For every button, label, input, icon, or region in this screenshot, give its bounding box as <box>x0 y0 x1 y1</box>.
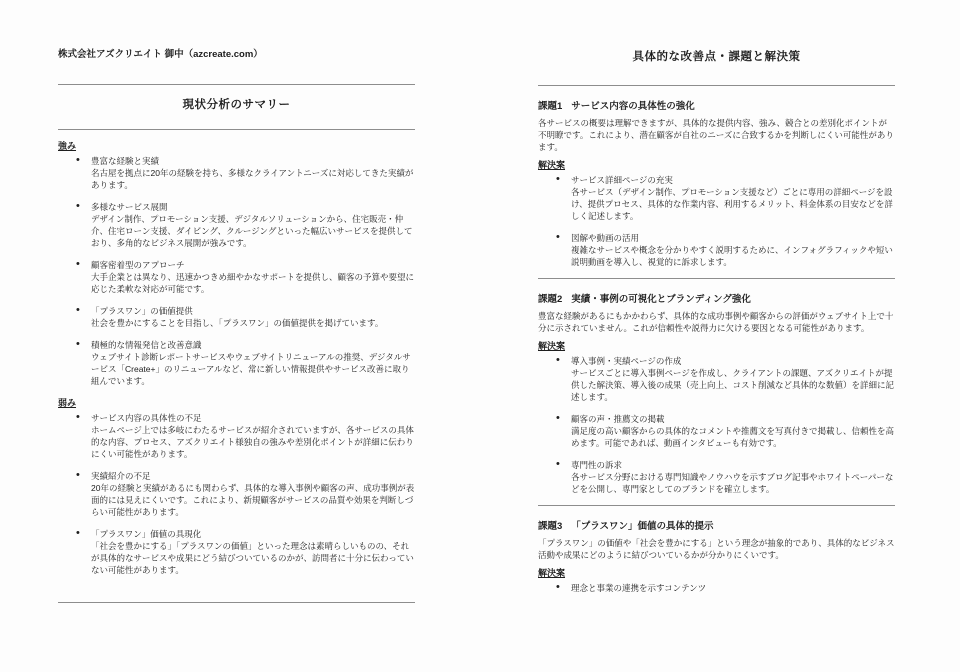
item-title: 理念と事業の連携を示すコンテンツ <box>571 582 895 594</box>
title-divider <box>538 85 895 86</box>
list-item: サービス内容の具体性の不足 ホームページ上では多岐にわたるサービスが紹介されてい… <box>58 412 415 460</box>
item-body: 各サービス分野における専門知識やノウハウを示すブログ記事やホワイトペーパーなどを… <box>571 471 895 495</box>
item-title: 顧客の声・推薦文の掲載 <box>571 413 895 425</box>
item-title: 多様なサービス展開 <box>91 201 415 213</box>
item-body: 社会を豊かにすることを目指し、「プラスワン」の価値提供を掲げています。 <box>91 317 415 329</box>
issue-title: 実績・事例の可視化とブランディング強化 <box>571 294 751 305</box>
item-title: サービス詳細ページの充実 <box>571 174 895 186</box>
item-body: 20年の経験と実績があるにも関わらず、具体的な導入事例や顧客の声、成功事例が表面… <box>91 482 415 518</box>
issue-1: 課題1サービス内容の具体性の強化 各サービスの概要は理解できますが、具体的な提供… <box>538 101 895 268</box>
item-title: 豊富な経験と実績 <box>91 155 415 167</box>
weaknesses-list: サービス内容の具体性の不足 ホームページ上では多岐にわたるサービスが紹介されてい… <box>58 412 415 576</box>
issue-divider <box>538 505 895 506</box>
item-title: 「プラスワン」価値の具現化 <box>91 528 415 540</box>
item-title: 積極的な情報発信と改善意識 <box>91 339 415 351</box>
issue-divider <box>538 278 895 279</box>
item-body: 満足度の高い顧客からの具体的なコメントや推薦文を写真付きで掲載し、信頼性を高めま… <box>571 425 895 449</box>
item-body: ウェブサイト診断レポートサービスやウェブサイトリニューアルの推奨、デジタルサービ… <box>91 351 415 387</box>
list-item: 専門性の訴求 各サービス分野における専門知識やノウハウを示すブログ記事やホワイト… <box>538 459 895 495</box>
header-divider <box>58 84 415 85</box>
list-item: 多様なサービス展開 デザイン制作、プロモーション支援、デジタルソリューションから… <box>58 201 415 249</box>
item-title: 導入事例・実績ページの作成 <box>571 355 895 367</box>
list-item: サービス詳細ページの充実 各サービス（デザイン制作、プロモーション支援など）ごと… <box>538 174 895 222</box>
item-body: デザイン制作、プロモーション支援、デジタルソリューションから、住宅販売・仲介、住… <box>91 213 415 249</box>
issue-description: 豊富な経験があるにもかかわらず、具体的な成功事例や顧客からの評価がウェブサイト上… <box>538 310 895 334</box>
list-item: 顧客の声・推薦文の掲載 満足度の高い顧客からの具体的なコメントや推薦文を写真付き… <box>538 413 895 449</box>
list-item: 顧客密着型のアプローチ 大手企業とは異なり、迅速かつきめ細やかなサポートを提供し… <box>58 259 415 295</box>
issue-heading: 課題3「プラスワン」価値の具体的提示 <box>538 521 895 532</box>
list-item: 豊富な経験と実績 名古屋を拠点に20年の経験を持ち、多様なクライアントニーズに対… <box>58 155 415 191</box>
item-title: 実績紹介の不足 <box>91 470 415 482</box>
issue-description: 各サービスの概要は理解できますが、具体的な提供内容、強み、競合との差別化ポイント… <box>538 117 895 153</box>
list-item: 図解や動画の活用 複雑なサービスや概念を分かりやすく説明するために、インフォグラ… <box>538 232 895 268</box>
title-divider <box>58 129 415 130</box>
section-label-weaknesses: 弱み <box>58 398 415 409</box>
company-header: 株式会社アズクリエイト 御中（azcreate.com） <box>58 48 415 61</box>
item-title: 顧客密着型のアプローチ <box>91 259 415 271</box>
issue-description: 「プラスワン」の価値や「社会を豊かにする」という理念が抽象的であり、具体的なビジ… <box>538 537 895 561</box>
issue-2: 課題2実績・事例の可視化とブランディング強化 豊富な経験があるにもかかわらず、具… <box>538 294 895 495</box>
issue-number: 課題2 <box>538 294 562 305</box>
list-item: 「プラスワン」の価値提供 社会を豊かにすることを目指し、「プラスワン」の価値提供… <box>58 305 415 329</box>
item-body: 「社会を豊かにする」「プラスワンの価値」といった理念は素晴らしいものの、それが具… <box>91 540 415 576</box>
item-body: ホームページ上では多岐にわたるサービスが紹介されていますが、各サービスの具体的な… <box>91 424 415 460</box>
issue-number: 課題3 <box>538 521 562 532</box>
item-body: サービスごとに導入事例ページを作成し、クライアントの課題、アズクリエイトが提供し… <box>571 367 895 403</box>
list-item: 「プラスワン」価値の具現化 「社会を豊かにする」「プラスワンの価値」といった理念… <box>58 528 415 576</box>
solution-label: 解決案 <box>538 568 895 579</box>
strengths-section: 強み 豊富な経験と実績 名古屋を拠点に20年の経験を持ち、多様なクライアントニー… <box>58 141 415 387</box>
item-title: 図解や動画の活用 <box>571 232 895 244</box>
item-body: 各サービス（デザイン制作、プロモーション支援など）ごとに専用の詳細ページを設け、… <box>571 186 895 222</box>
item-title: サービス内容の具体性の不足 <box>91 412 415 424</box>
solution-label: 解決案 <box>538 341 895 352</box>
solutions-list: 理念と事業の連携を示すコンテンツ <box>538 582 895 594</box>
list-item: 導入事例・実績ページの作成 サービスごとに導入事例ページを作成し、クライアントの… <box>538 355 895 403</box>
solutions-list: サービス詳細ページの充実 各サービス（デザイン制作、プロモーション支援など）ごと… <box>538 174 895 268</box>
issue-number: 課題1 <box>538 101 562 112</box>
strengths-list: 豊富な経験と実績 名古屋を拠点に20年の経験を持ち、多様なクライアントニーズに対… <box>58 155 415 387</box>
item-body: 名古屋を拠点に20年の経験を持ち、多様なクライアントニーズに対応してきた実績があ… <box>91 167 415 191</box>
left-page-title: 現状分析のサマリー <box>58 98 415 113</box>
page-bottom-divider <box>58 602 415 603</box>
solutions-list: 導入事例・実績ページの作成 サービスごとに導入事例ページを作成し、クライアントの… <box>538 355 895 495</box>
issue-title: サービス内容の具体性の強化 <box>571 101 695 112</box>
issue-heading: 課題2実績・事例の可視化とブランディング強化 <box>538 294 895 305</box>
item-title: 専門性の訴求 <box>571 459 895 471</box>
left-page: 株式会社アズクリエイト 御中（azcreate.com） 現状分析のサマリー 強… <box>58 0 415 603</box>
issue-heading: 課題1サービス内容の具体性の強化 <box>538 101 895 112</box>
right-page-title: 具体的な改善点・課題と解決策 <box>538 50 895 65</box>
list-item: 実績紹介の不足 20年の経験と実績があるにも関わらず、具体的な導入事例や顧客の声… <box>58 470 415 518</box>
issue-3: 課題3「プラスワン」価値の具体的提示 「プラスワン」の価値や「社会を豊かにする」… <box>538 521 895 594</box>
item-body: 複雑なサービスや概念を分かりやすく説明するために、インフォグラフィックや短い説明… <box>571 244 895 268</box>
solution-label: 解決案 <box>538 160 895 171</box>
item-title: 「プラスワン」の価値提供 <box>91 305 415 317</box>
list-item: 理念と事業の連携を示すコンテンツ <box>538 582 895 594</box>
section-label-strengths: 強み <box>58 141 415 152</box>
weaknesses-section: 弱み サービス内容の具体性の不足 ホームページ上では多岐にわたるサービスが紹介さ… <box>58 398 415 576</box>
right-page: 具体的な改善点・課題と解決策 課題1サービス内容の具体性の強化 各サービスの概要… <box>538 0 895 604</box>
item-body: 大手企業とは異なり、迅速かつきめ細やかなサポートを提供し、顧客の予算や要望に応じ… <box>91 271 415 295</box>
issue-title: 「プラスワン」価値の具体的提示 <box>571 521 713 532</box>
list-item: 積極的な情報発信と改善意識 ウェブサイト診断レポートサービスやウェブサイトリニュ… <box>58 339 415 387</box>
